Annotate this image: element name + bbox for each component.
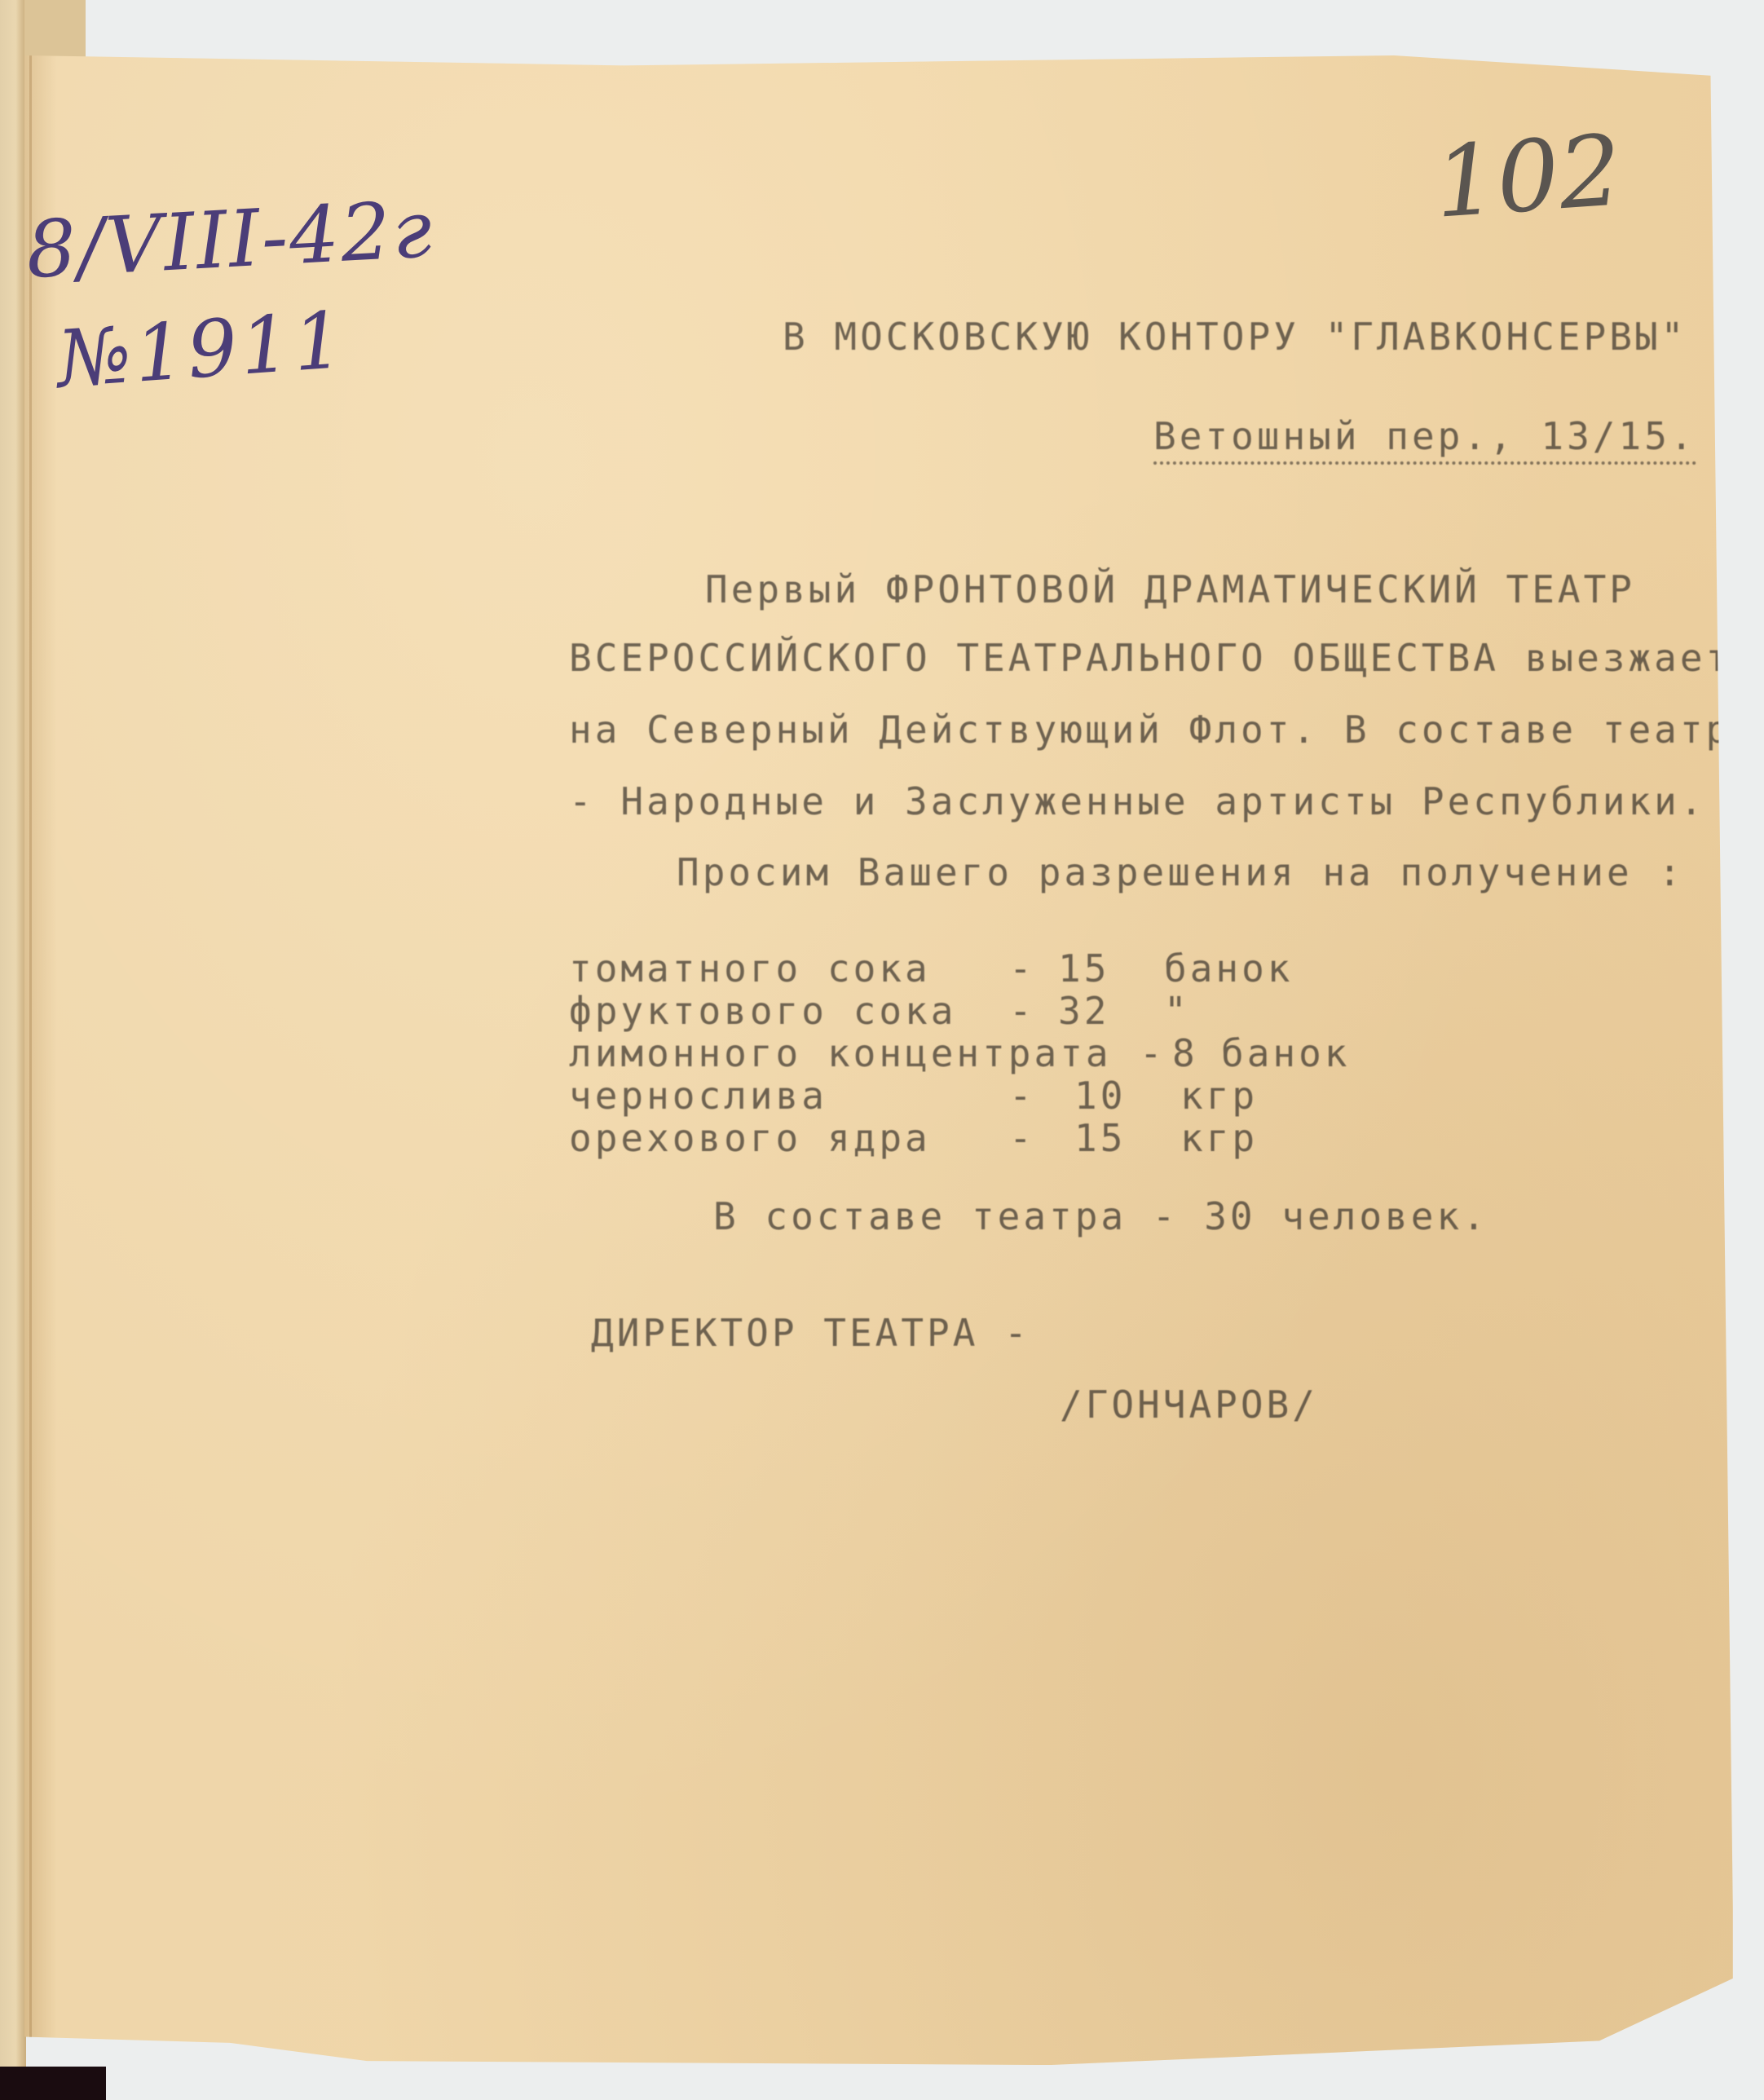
fold-line xyxy=(29,55,32,2069)
address-line-2: Ветошный пер., 13/15. xyxy=(1153,414,1696,465)
item-name: чернослива xyxy=(569,1074,1009,1118)
item-dash: - xyxy=(1009,1074,1074,1118)
list-item: фруктового сока - 32 " xyxy=(569,990,1350,1033)
item-unit: банок xyxy=(1221,1031,1350,1075)
items-list: томатного сока - 15 банок фруктового сок… xyxy=(569,948,1350,1160)
list-item: томатного сока - 15 банок xyxy=(569,948,1350,990)
item-unit: кгр xyxy=(1180,1074,1258,1118)
document-page: 8/VIII-42г №1911 102 В МОСКОВСКУЮ КОНТОР… xyxy=(24,55,1736,2069)
list-item: орехового ядра - 15 кгр xyxy=(569,1118,1350,1160)
item-qty: 15 xyxy=(1074,1116,1180,1160)
list-item: лимонного концентрата - 8 банок xyxy=(569,1033,1350,1075)
signatory-title: ДИРЕКТОР ТЕАТРА - xyxy=(591,1311,1030,1355)
handwritten-reg-number: №1911 xyxy=(55,294,350,406)
item-qty: 32 xyxy=(1058,989,1164,1033)
item-qty: 10 xyxy=(1074,1074,1180,1118)
list-item: чернослива - 10 кгр xyxy=(569,1075,1350,1118)
signatory-name: /ГОНЧАРОВ/ xyxy=(1060,1383,1318,1427)
body-line-3: на Северный Действующий Флот. В составе … xyxy=(569,708,1757,752)
item-name: лимонного концентрата xyxy=(569,1031,1140,1075)
binding-edge xyxy=(0,0,26,2100)
binding-shadow xyxy=(0,2067,106,2100)
item-dash: - xyxy=(1009,946,1058,990)
item-unit: кгр xyxy=(1180,1116,1258,1160)
handwritten-date: 8/VIII-42г xyxy=(24,183,435,296)
item-dash: - xyxy=(1009,1116,1074,1160)
item-unit: банок xyxy=(1164,946,1293,990)
item-dash: - xyxy=(1140,1031,1172,1075)
address-line-1: В МОСКОВСКУЮ КОНТОРУ "ГЛАВКОНСЕРВЫ" - xyxy=(783,315,1739,359)
body-line-2: ВСЕРОССИЙСКОГО ТЕАТРАЛЬНОГО ОБЩЕСТВА вые… xyxy=(569,636,1731,680)
body-line-1: Первый ФРОНТОВОЙ ДРАМАТИЧЕСКИЙ ТЕАТР xyxy=(705,567,1635,611)
item-name: фруктового сока xyxy=(569,989,1009,1033)
handwritten-page-number: 102 xyxy=(1431,114,1625,240)
item-name: орехового ядра xyxy=(569,1116,1009,1160)
item-name: томатного сока xyxy=(569,946,1009,990)
request-line: Просим Вашего разрешения на получение : xyxy=(677,850,1684,894)
spine-strip xyxy=(24,0,86,61)
item-qty: 15 xyxy=(1058,946,1164,990)
staff-note: В составе театра - 30 человек. xyxy=(713,1194,1488,1238)
item-qty: 8 xyxy=(1172,1031,1221,1075)
item-dash: - xyxy=(1009,989,1058,1033)
item-unit: " xyxy=(1164,989,1190,1033)
body-line-4: - Народные и Заслуженные артисты Республ… xyxy=(569,779,1706,823)
